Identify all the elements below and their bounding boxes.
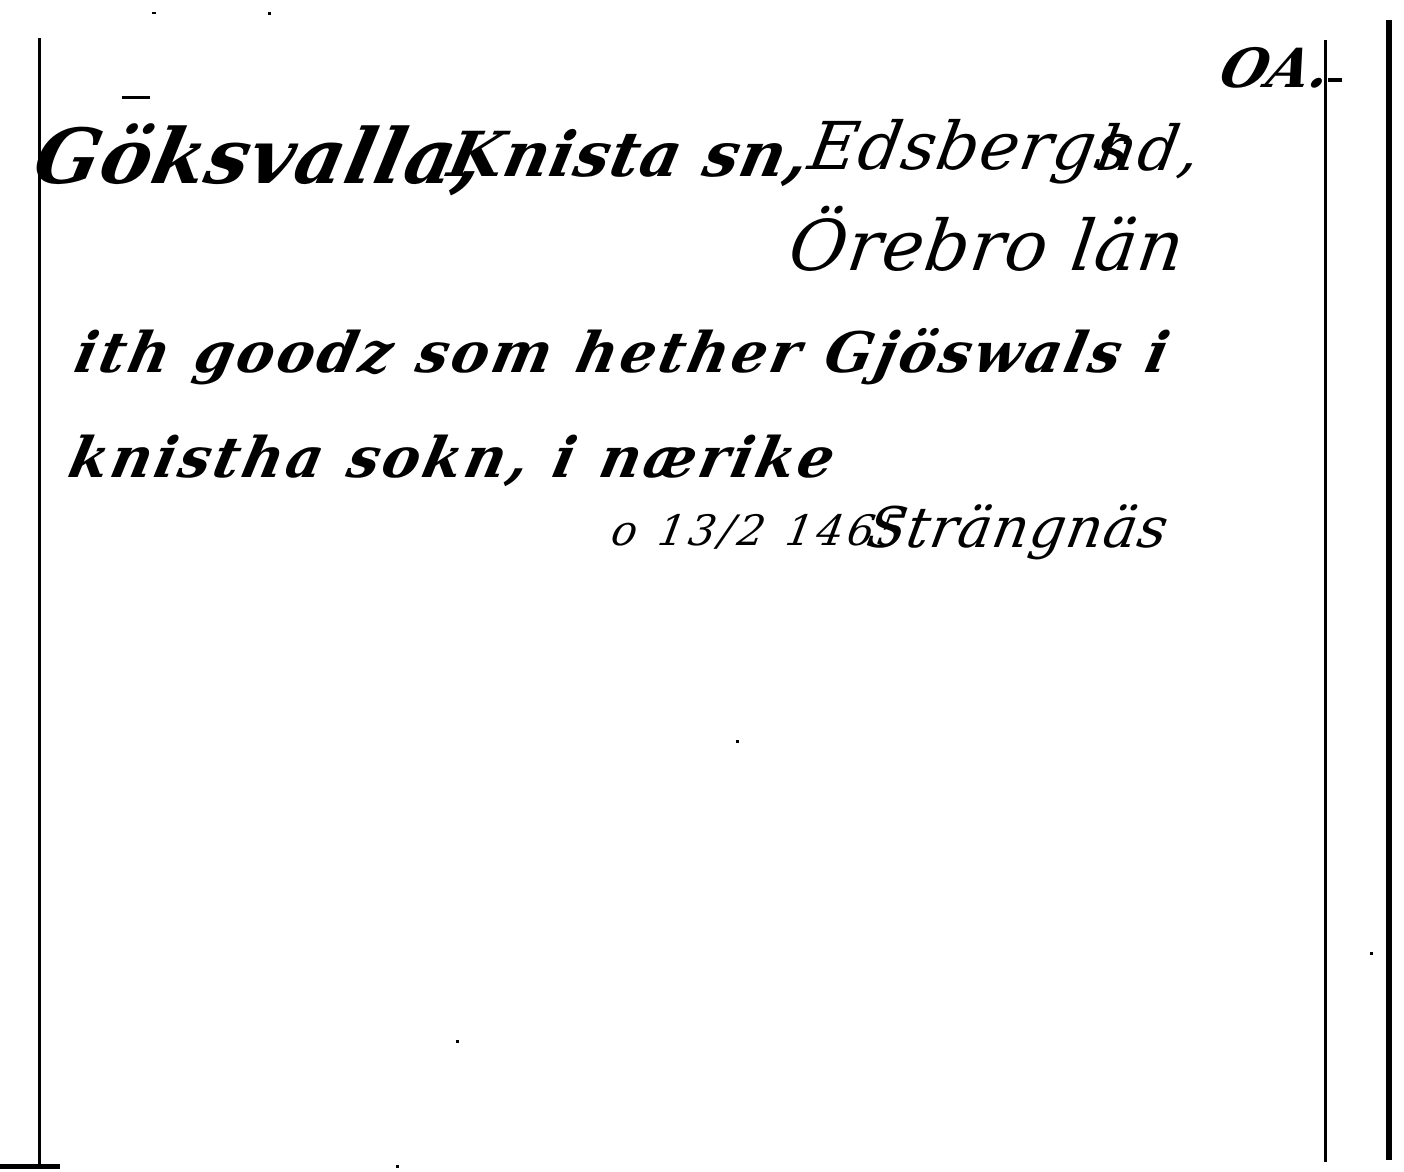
heading-district-abbr: hd, [1092, 112, 1207, 185]
scan-speck [268, 12, 271, 15]
scan-speck [456, 1040, 459, 1043]
corner-underline [1328, 78, 1342, 82]
corner-initials: OA. [1213, 36, 1338, 100]
scan-speck [1370, 952, 1373, 955]
card-left-border [38, 38, 41, 1168]
scan-speck [152, 12, 156, 14]
heading-place-name: Göksvalla, [27, 112, 494, 201]
heading-parish: Knista sn, [442, 118, 817, 191]
archival-card: OA. Göksvalla, Knista sn, Edsbergs hd, Ö… [0, 0, 1404, 1172]
stray-mark [122, 96, 150, 99]
card-right-outer-border [1386, 20, 1392, 1160]
citation-place: Strängnäs [862, 496, 1174, 561]
source-quote-line-1: ith goodz som hether Gjöswals i [69, 320, 1178, 386]
source-quote-line-2: knistha sokn, i nærike [63, 425, 844, 491]
scan-speck [396, 1165, 399, 1168]
scan-speck [736, 740, 739, 743]
heading-district: Edsbergs [803, 108, 1138, 185]
county-name: Örebro län [784, 205, 1190, 287]
card-bottom-edge [0, 1164, 60, 1169]
card-right-inner-border [1324, 40, 1327, 1162]
